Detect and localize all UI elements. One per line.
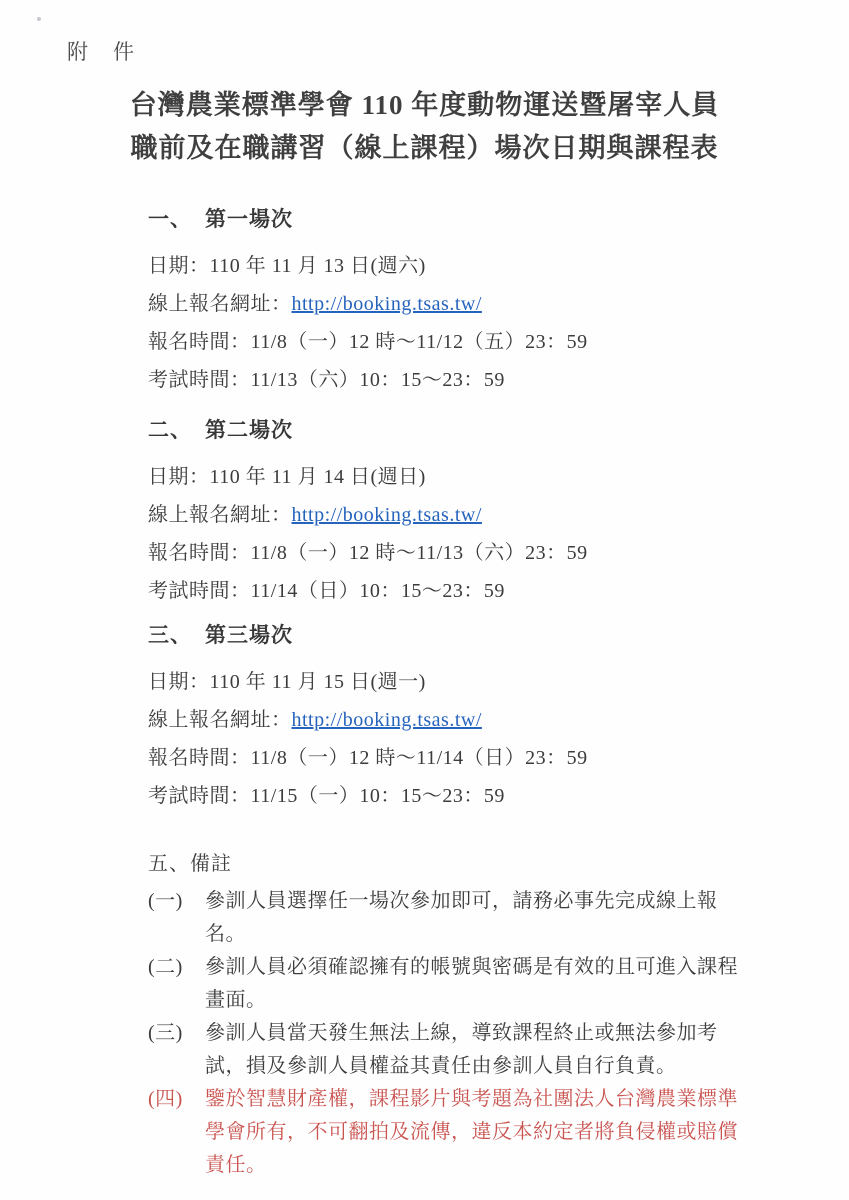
booking-url-link[interactable]: http://booking.tsas.tw/ [292, 504, 482, 526]
session-3-date: 日期：110 年 11 月 15 日(週一) [148, 670, 768, 694]
notes-section: 五、備註 (一) 參訓人員選擇任一場次參加即可，請務必事先完成線上報名。 (二)… [148, 851, 754, 1182]
scan-artifact-dot [37, 17, 41, 21]
session-2-url-line: 線上報名網址：http://booking.tsas.tw/ [148, 503, 768, 527]
note-4-number: (四) [148, 1083, 205, 1116]
session-1-number: 一、 [148, 206, 205, 232]
document-title: 台灣農業標準學會 110 年度動物運送暨屠宰人員 職前及在職講習（線上課程）場次… [0, 84, 849, 170]
session-1-url-label: 線上報名網址： [148, 293, 292, 315]
session-3-exam-time: 考試時間：11/15（一）10：15～23：59 [148, 784, 768, 808]
note-3-text: 參訓人員當天發生無法上線，導致課程終止或無法參加考試，損及參訓人員權益其責任由參… [205, 1017, 754, 1083]
session-1-heading: 一、第一場次 [148, 206, 768, 232]
session-1-name: 第一場次 [205, 207, 293, 231]
session-3-registration-time: 報名時間：11/8（一）12 時～11/14（日）23：59 [148, 746, 768, 770]
note-2-text: 參訓人員必須確認擁有的帳號與密碼是有效的且可進入課程畫面。 [205, 951, 754, 1017]
note-item-4: (四) 鑒於智慧財產權，課程影片與考題為社團法人台灣農業標準學會所有，不可翻拍及… [148, 1083, 754, 1182]
note-item-3: (三) 參訓人員當天發生無法上線，導致課程終止或無法參加考試，損及參訓人員權益其… [148, 1017, 754, 1083]
notes-heading: 五、備註 [148, 851, 754, 877]
note-2-number: (二) [148, 951, 205, 984]
document-title-line-1: 台灣農業標準學會 110 年度動物運送暨屠宰人員 [0, 84, 849, 127]
scanned-document-page: 附 件 台灣農業標準學會 110 年度動物運送暨屠宰人員 職前及在職講習（線上課… [0, 0, 849, 1200]
session-2-registration-time: 報名時間：11/8（一）12 時～11/13（六）23：59 [148, 541, 768, 565]
note-1-text: 參訓人員選擇任一場次參加即可，請務必事先完成線上報名。 [205, 885, 754, 951]
session-2: 二、第二場次 日期：110 年 11 月 14 日(週日) 線上報名網址：htt… [148, 417, 768, 617]
session-2-number: 二、 [148, 417, 205, 443]
session-1-date: 日期：110 年 11 月 13 日(週六) [148, 254, 768, 278]
document-title-line-2: 職前及在職講習（線上課程）場次日期與課程表 [0, 127, 849, 170]
booking-url-link[interactable]: http://booking.tsas.tw/ [292, 709, 482, 731]
booking-url-link[interactable]: http://booking.tsas.tw/ [292, 293, 482, 315]
note-item-1: (一) 參訓人員選擇任一場次參加即可，請務必事先完成線上報名。 [148, 885, 754, 951]
note-3-number: (三) [148, 1017, 205, 1050]
session-3-url-label: 線上報名網址： [148, 709, 292, 731]
note-1-number: (一) [148, 885, 205, 918]
session-1-registration-time: 報名時間：11/8（一）12 時～11/12（五）23：59 [148, 330, 768, 354]
session-3: 三、第三場次 日期：110 年 11 月 15 日(週一) 線上報名網址：htt… [148, 622, 768, 822]
session-3-number: 三、 [148, 622, 205, 648]
session-1-exam-time: 考試時間：11/13（六）10：15～23：59 [148, 368, 768, 392]
session-3-heading: 三、第三場次 [148, 622, 768, 648]
session-2-heading: 二、第二場次 [148, 417, 768, 443]
session-3-url-line: 線上報名網址：http://booking.tsas.tw/ [148, 708, 768, 732]
session-2-name: 第二場次 [205, 418, 293, 442]
note-4-text: 鑒於智慧財產權，課程影片與考題為社團法人台灣農業標準學會所有，不可翻拍及流傳，違… [205, 1083, 754, 1182]
note-item-2: (二) 參訓人員必須確認擁有的帳號與密碼是有效的且可進入課程畫面。 [148, 951, 754, 1017]
session-2-exam-time: 考試時間：11/14（日）10：15～23：59 [148, 579, 768, 603]
session-2-date: 日期：110 年 11 月 14 日(週日) [148, 465, 768, 489]
session-1-url-line: 線上報名網址：http://booking.tsas.tw/ [148, 292, 768, 316]
session-1: 一、第一場次 日期：110 年 11 月 13 日(週六) 線上報名網址：htt… [148, 206, 768, 406]
session-2-url-label: 線上報名網址： [148, 504, 292, 526]
attachment-label: 附 件 [67, 36, 136, 66]
session-3-name: 第三場次 [205, 623, 293, 647]
